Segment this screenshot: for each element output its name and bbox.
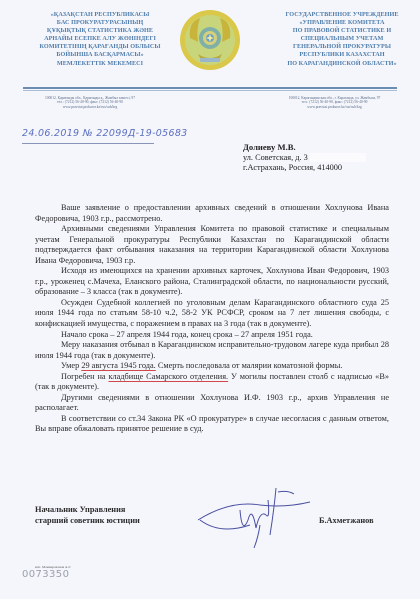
address-line: www.pravstat.prokuror.kz/rus/sub/krg [20, 105, 160, 109]
letterhead-line: ПО КАРАГАНДИНСКОЙ ОБЛАСТИ» [268, 60, 416, 68]
paragraph: Архивными сведениями Управления Комитета… [35, 224, 389, 266]
signer-title-line: старший советник юстиции [35, 516, 140, 527]
letterhead-divider [23, 87, 397, 89]
paragraph: Исходя из имеющихся на хранении архивных… [35, 266, 389, 298]
letterhead-line: «ҚАЗАҚСТАН РЕСПУБЛИКАСЫ [20, 11, 180, 19]
signer-title: Начальник Управления старший советник юс… [35, 505, 140, 526]
signer-name: Б.Ахметжанов [319, 516, 374, 525]
underlined-burial-place: кладбище Самарского отделения. [108, 372, 228, 381]
recipient-street: ул. Советская, д. 3 [243, 153, 308, 162]
registration-number: 24.06.2019 № 22099Д-19-05683 [22, 128, 188, 139]
address-russian: 100012, Карагандинская обл., г. Караганд… [262, 96, 407, 109]
paragraph-burial: Погребен на кладбище Самарского отделени… [35, 372, 389, 393]
paragraph: Осужден Судебной коллегией по уголовным … [35, 298, 389, 330]
letterhead-line: ПО ПРАВОВОЙ СТАТИСТИКЕ И [268, 27, 416, 35]
state-emblem-icon [178, 8, 242, 72]
recipient-city: г.Астрахань, Россия, 414000 [243, 163, 366, 174]
text-fragment: Смерть последовала от малярии коматозной… [156, 361, 343, 370]
address-kazakh: 100012, Қарағанды обл., Қарағанды қ., Жа… [20, 96, 160, 109]
paragraph: Начало срока – 27 апреля 1944 года, коне… [35, 330, 389, 341]
document-page: «ҚАЗАҚСТАН РЕСПУБЛИКАСЫ БАС ПРОКУРАТУРАС… [0, 0, 420, 599]
letterhead-line: ГЕНЕРАЛЬНОЙ ПРОКУРАТУРЫ [268, 43, 416, 51]
letter-body: Ваше заявление о предоставлении архивных… [35, 203, 389, 435]
letterhead-line: РЕСПУБЛИКИ КАЗАХСТАН [268, 51, 416, 59]
paragraph: Ваше заявление о предоставлении архивных… [35, 203, 389, 224]
text-fragment: Умер [61, 361, 81, 370]
address-line: www.pravstat.prokuror.kz/rus/sub/krg [262, 105, 407, 109]
handwritten-signature-icon [190, 480, 320, 550]
recipient-name: Долиеву М.В. [243, 142, 366, 153]
signer-title-line: Начальник Управления [35, 505, 140, 516]
underlined-death-date: 29 августа 1945 года. [81, 361, 155, 370]
paragraph-death: Умер 29 августа 1945 года. Смерть послед… [35, 361, 389, 372]
paragraph: Другими сведениями в отношении Хохлунова… [35, 393, 389, 414]
recipient-block: Долиеву М.В. ул. Советская, д. 3 г.Астра… [243, 142, 366, 174]
paragraph: Меру наказания отбывал в Карагандинском … [35, 340, 389, 361]
letterhead-line: «УПРАВЛЕНИЕ КОМИТЕТА [268, 19, 416, 27]
archive-stamp-number: 0073350 [22, 569, 69, 580]
letterhead-line: МЕМЛЕКЕТТІК МЕКЕМЕСІ [20, 60, 180, 68]
letterhead-line: ГОСУДАРСТВЕННОЕ УЧРЕЖДЕНИЕ [268, 11, 416, 19]
letterhead-russian: ГОСУДАРСТВЕННОЕ УЧРЕЖДЕНИЕ «УПРАВЛЕНИЕ К… [268, 11, 416, 68]
letterhead-divider-thin [23, 90, 397, 91]
paragraph: В соответствии со ст.34 Закона РК «О про… [35, 414, 389, 435]
letterhead-line: БОЙЫНША БАСҚАРМАСЫ» [20, 51, 180, 59]
letterhead-line: АРНАЙЫ ЕСЕПКЕ АЛУ ЖӨНІНДЕГІ [20, 35, 180, 43]
letterhead-line: БАС ПРОКУРАТУРАСЫНЫҢ [20, 19, 180, 27]
registration-underline [22, 143, 154, 144]
letterhead-kazakh: «ҚАЗАҚСТАН РЕСПУБЛИКАСЫ БАС ПРОКУРАТУРАС… [20, 11, 180, 68]
text-fragment: Погребен на [61, 372, 108, 381]
redacted-area [310, 153, 366, 162]
